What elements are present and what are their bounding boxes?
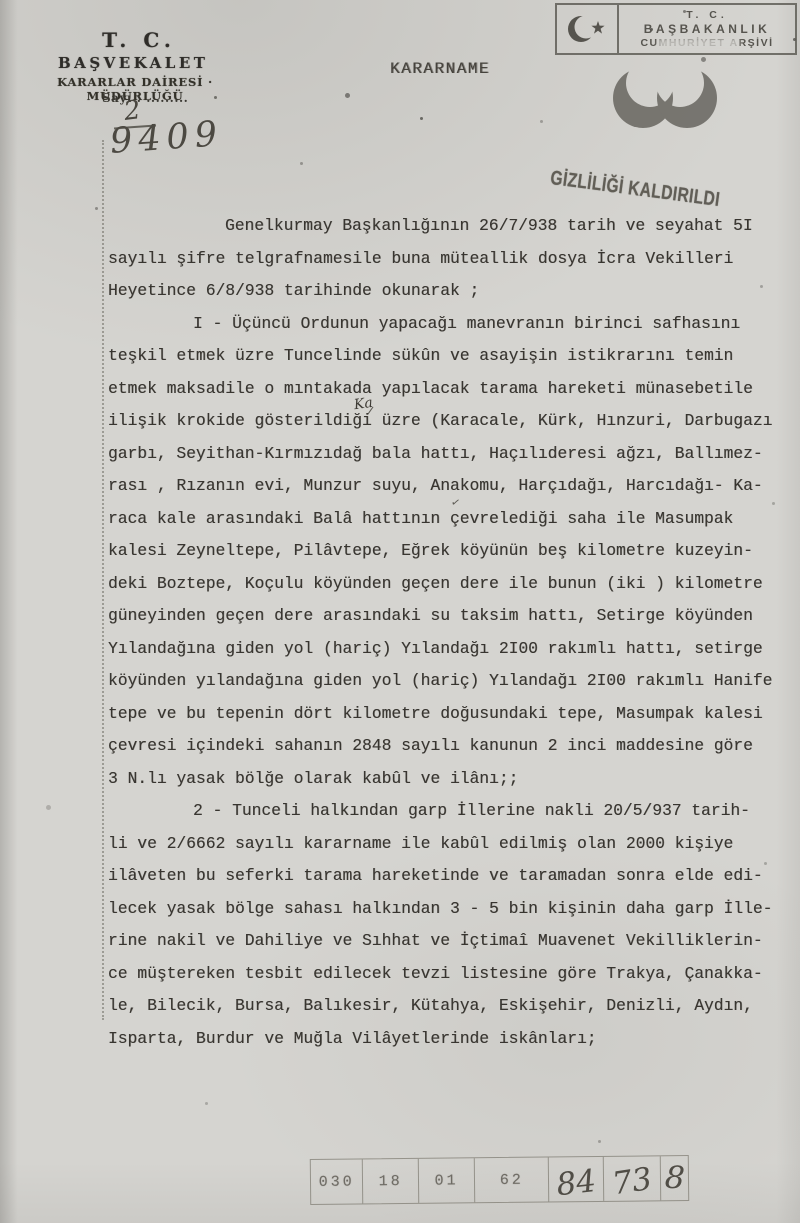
- document-page: T. C. BAŞVEKALET KARARLAR DAİRESİ · MÜDÜ…: [0, 0, 800, 1223]
- archive-code-box: 030 18 01 62 84 73 8: [310, 1155, 689, 1205]
- doc-type-title: KARARNAME: [390, 60, 490, 78]
- code-cell: 030: [311, 1159, 364, 1204]
- body-line: rine nakil ve Dahiliye ve Sıhhat ve İçti…: [108, 925, 776, 958]
- body-line: Yılandağına giden yol (hariç) Yılandağı …: [108, 633, 776, 666]
- letterhead-tc: T. C.: [96, 28, 182, 52]
- declassified-stamp: GİZLİLİĞİ KALDIRILDI: [549, 167, 721, 212]
- stamp-fade-artifact: [658, 38, 739, 49]
- double-crescent-emblem: [602, 58, 728, 135]
- code-cell-handwritten: 73: [610, 1161, 654, 1202]
- body-line: Heyetince 6/8/938 tarihinde okunarak ;: [108, 275, 776, 308]
- paper-specks: [0, 0, 3, 3]
- body-line: etmek maksadile o mıntakada yapılacak ta…: [108, 373, 776, 406]
- body-line: ce müştereken tesbit edilecek tevzi list…: [108, 958, 776, 991]
- archive-stamp-line1: T. C.: [619, 9, 795, 22]
- body-line: li ve 2/6662 sayılı kararname ile kabûl …: [108, 828, 776, 861]
- code-cell-handwritten: 84: [555, 1163, 598, 1203]
- body-line: sayılı şifre telgrafnamesile buna müteal…: [108, 243, 776, 276]
- body-line: rası , Rızanın evi, Munzur suyu, Anakomu…: [108, 470, 776, 503]
- body-line: lecek yasak bölge sahası halkından 3 - 5…: [108, 893, 776, 926]
- letterhead-basvekalet: BAŞVEKALET: [58, 54, 208, 72]
- sayi-label: Sayı : .........: [102, 91, 188, 105]
- handwritten-file-number: 9409: [109, 114, 225, 162]
- body-line: Genelkurmay Başkanlığının 26/7/938 tarih…: [108, 210, 776, 243]
- body-line: kalesi Zeyneltepe, Pilâvtepe, Eğrek köyü…: [108, 535, 776, 568]
- body-line: Isparta, Burdur ve Muğla Vilâyetlerinde …: [108, 1023, 776, 1056]
- body-line: çevresi içindeki sahanın 2848 sayılı kan…: [108, 730, 776, 763]
- body-line: deki Boztepe, Koçulu köyünden geçen dere…: [108, 568, 776, 601]
- body-line: ilâveten bu seferki tarama hareketinde v…: [108, 860, 776, 893]
- body-line: le, Bilecik, Bursa, Balıkesir, Kütahya, …: [108, 990, 776, 1023]
- archive-stamp-line3: CUMHURİYET ARŞİVİ: [619, 37, 795, 50]
- archive-stamp-line2: BAŞBAKANLIK: [619, 22, 795, 37]
- crescent-star-icon: [557, 5, 619, 53]
- code-cell-handwritten: 8: [664, 1160, 686, 1197]
- archive-stamp: T. C. BAŞBAKANLIK CUMHURİYET ARŞİVİ: [555, 3, 797, 55]
- left-margin-dotted-line: [102, 140, 104, 1020]
- body-line: I - Üçüncü Ordunun yapacağı manevranın b…: [108, 308, 776, 341]
- body-line: köyünden yılandağına giden yol (hariç) Y…: [108, 665, 776, 698]
- code-cell: 62: [475, 1157, 550, 1202]
- body-line: 2 - Tunceli halkından garp İllerine nakl…: [108, 795, 776, 828]
- code-cell: 18: [363, 1159, 419, 1204]
- archive-stamp-text: T. C. BAŞBAKANLIK CUMHURİYET ARŞİVİ: [619, 5, 795, 53]
- body-line: garbı, Seyithan-Kırmızıdağ bala hattı, H…: [108, 438, 776, 471]
- body-line: güneyinden geçen dere arasındaki su taks…: [108, 600, 776, 633]
- body-line: ilişik krokide gösterildiği üzre (Karaca…: [108, 405, 776, 438]
- body-line: tepe ve bu tepenin dört kilometre doğusu…: [108, 698, 776, 731]
- body-line: raca kale arasındaki Balâ hattının çevre…: [108, 503, 776, 536]
- code-cell: 01: [419, 1158, 476, 1203]
- body-line: 3 N.lı yasak bölğe olarak kabûl ve ilânı…: [108, 763, 776, 796]
- body-line: teşkil etmek üzre Tuncelinde sükûn ve as…: [108, 340, 776, 373]
- body-text: Genelkurmay Başkanlığının 26/7/938 tarih…: [108, 210, 776, 1055]
